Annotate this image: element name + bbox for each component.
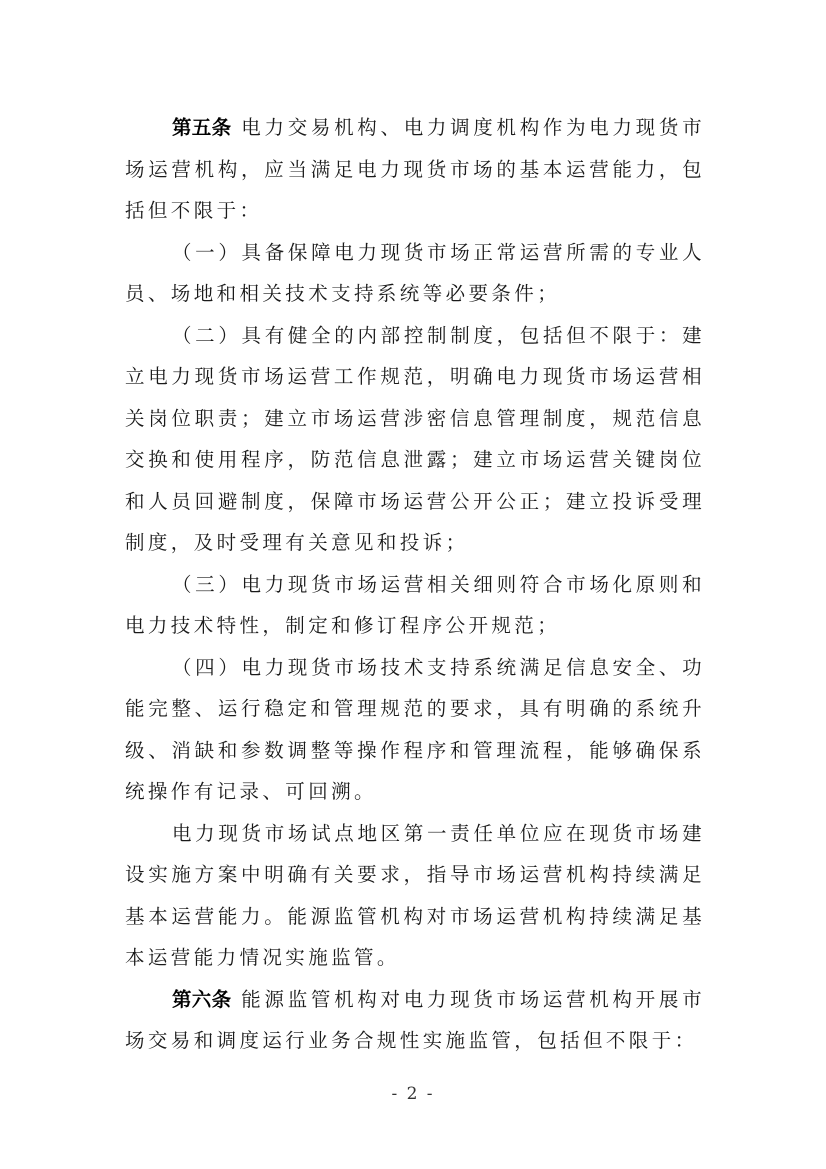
item-3-paragraph: （三）电力现货市场运营相关细则符合市场化原则和电力技术特性，制定和修订程序公开规… (125, 564, 705, 647)
item-1-paragraph: （一）具备保障电力现货市场正常运营所需的专业人员、场地和相关技术支持系统等必要条… (125, 232, 705, 315)
paragraph-text: （一）具备保障电力现货市场正常运营所需的专业人员、场地和相关技术支持系统等必要条… (125, 241, 705, 306)
document-page: 第五条 电力交易机构、电力调度机构作为电力现货市场运营机构，应当满足电力现货市场… (0, 0, 826, 1169)
page-number: - 2 - (0, 1084, 826, 1104)
article-5-paragraph: 第五条 电力交易机构、电力调度机构作为电力现货市场运营机构，应当满足电力现货市场… (125, 107, 705, 232)
paragraph-text: （四）电力现货市场技术支持系统满足信息安全、功能完整、运行稳定和管理规范的要求，… (125, 656, 705, 804)
article-6-paragraph: 第六条 能源监管机构对电力现货市场运营机构开展市场交易和调度运行业务合规性实施监… (125, 979, 705, 1062)
document-body: 第五条 电力交易机构、电力调度机构作为电力现货市场运营机构，应当满足电力现货市场… (125, 107, 705, 1062)
paragraph-text: 电力现货市场试点地区第一责任单位应在现货市场建设实施方案中明确有关要求，指导市场… (125, 822, 705, 970)
item-4-paragraph: （四）电力现货市场技术支持系统满足信息安全、功能完整、运行稳定和管理规范的要求，… (125, 647, 705, 813)
pilot-region-paragraph: 电力现货市场试点地区第一责任单位应在现货市场建设实施方案中明确有关要求，指导市场… (125, 813, 705, 979)
article-number: 第六条 (172, 988, 231, 1011)
item-2-paragraph: （二）具有健全的内部控制制度，包括但不限于：建立电力现货市场运营工作规范，明确电… (125, 315, 705, 564)
paragraph-text: （三）电力现货市场运营相关细则符合市场化原则和电力技术特性，制定和修订程序公开规… (125, 573, 705, 638)
paragraph-text: （二）具有健全的内部控制制度，包括但不限于：建立电力现货市场运营工作规范，明确电… (125, 324, 705, 555)
article-number: 第五条 (172, 116, 231, 139)
